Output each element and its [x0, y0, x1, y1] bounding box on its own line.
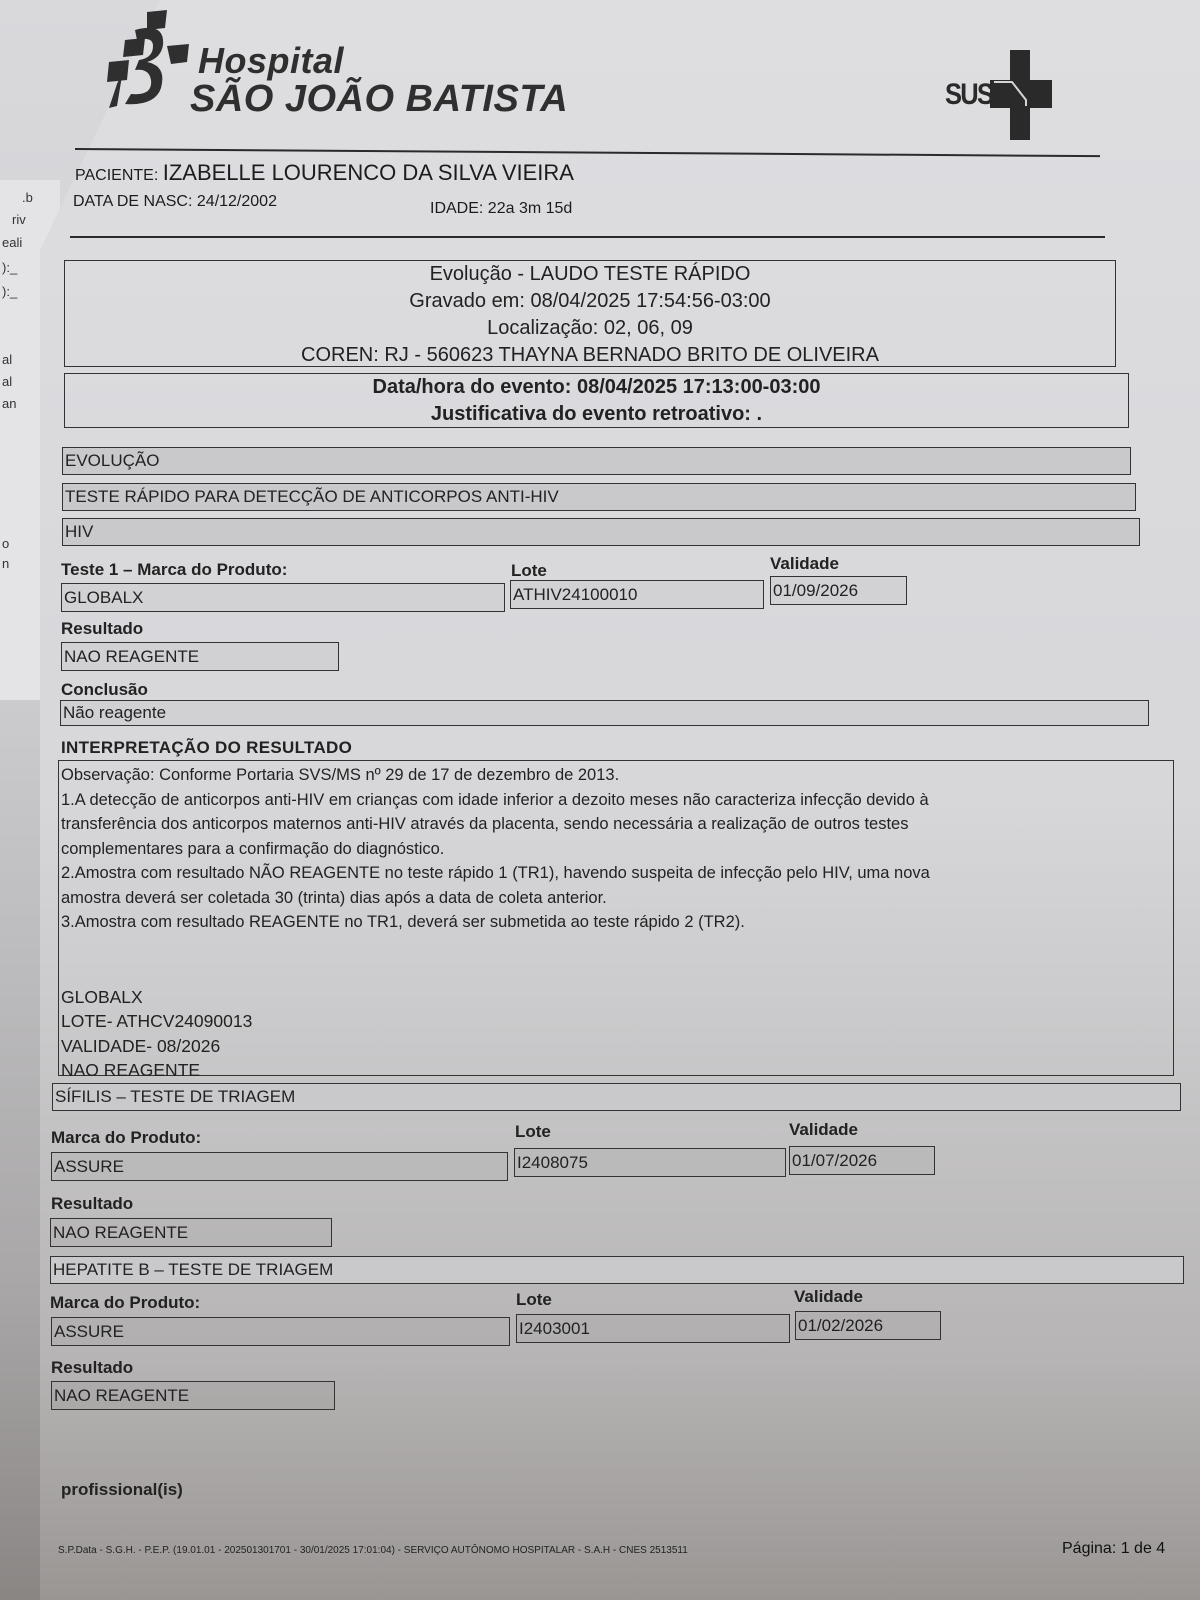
- underpage-fragment: n: [2, 556, 9, 571]
- underpage-fragment: ):_: [2, 284, 17, 299]
- hospital-name-line2: SÃO JOÃO BATISTA: [190, 78, 568, 121]
- interpretation-note: LOTE- ATHCV24090013: [61, 1009, 1171, 1034]
- interpretation-line: amostra deverá ser coletada 30 (trinta) …: [61, 886, 1171, 911]
- syphilis-result-label: Resultado: [51, 1194, 133, 1214]
- underpage-fragment: al: [2, 352, 12, 367]
- interpretation-note: VALIDADE- 08/2026: [61, 1034, 1171, 1059]
- syphilis-lot-label: Lote: [515, 1122, 551, 1142]
- sus-logo-text: SUS: [945, 78, 992, 112]
- patient-name: IZABELLE LOURENCO DA SILVA VIEIRA: [163, 160, 574, 185]
- age-label: IDADE:: [430, 200, 483, 217]
- interpretation-line: 1.A detecção de anticorpos anti-HIV em c…: [61, 788, 1171, 813]
- interpretation-line: complementares para a confirmação do dia…: [61, 837, 1171, 862]
- hiv-lot-field: ATHIV24100010: [510, 580, 764, 609]
- age-row: IDADE: 22a 3m 15d: [430, 200, 572, 218]
- section-hiv: HIV: [62, 518, 1140, 546]
- hepb-result-label: Resultado: [51, 1358, 133, 1378]
- hiv-validity-field: 01/09/2026: [770, 576, 907, 605]
- hepb-validity-label: Validade: [794, 1287, 863, 1307]
- record-title: Evolução - LAUDO TESTE RÁPIDO: [65, 261, 1115, 288]
- syphilis-validity-field: 01/07/2026: [789, 1146, 935, 1175]
- footer-system-info: S.P.Data - S.G.H. - P.E.P. (19.01.01 - 2…: [58, 1545, 688, 1556]
- hiv-validity-label: Validade: [770, 554, 839, 574]
- syphilis-validity-label: Validade: [789, 1120, 858, 1140]
- hepb-brand-field: ASSURE: [51, 1317, 510, 1346]
- event-box: Data/hora do evento: 08/04/2025 17:13:00…: [64, 373, 1129, 428]
- section-evolucao: EVOLUÇÃO: [62, 447, 1131, 475]
- underpage-fragment: riv: [12, 212, 26, 227]
- underpage-fragment: eali: [2, 235, 22, 250]
- hiv-result-label: Resultado: [61, 619, 143, 639]
- interpretation-line: Observação: Conforme Portaria SVS/MS nº …: [61, 763, 1171, 788]
- retroactive-justification: Justificativa do evento retroativo: .: [65, 401, 1128, 428]
- interpretation-line: transferência dos anticorpos maternos an…: [61, 812, 1171, 837]
- hepb-lot-field: I2403001: [516, 1314, 790, 1343]
- hospital-name-line1: Hospital: [198, 40, 344, 82]
- interpretation-line: 3.Amostra com resultado REAGENTE no TR1,…: [61, 910, 1171, 935]
- hepb-validity-field: 01/02/2026: [795, 1311, 941, 1340]
- interpretation-box: Observação: Conforme Portaria SVS/MS nº …: [58, 760, 1174, 1076]
- sus-cross-icon: [990, 50, 1055, 140]
- section-syphilis: SÍFILIS – TESTE DE TRIAGEM: [52, 1083, 1181, 1111]
- dob-row: DATA DE NASC: 24/12/2002: [73, 193, 277, 211]
- hiv-brand-field: GLOBALX: [61, 583, 505, 612]
- hiv-brand-label: Teste 1 – Marca do Produto:: [61, 560, 287, 580]
- record-header-box: Evolução - LAUDO TESTE RÁPIDO Gravado em…: [64, 260, 1116, 367]
- professionals-label: profissional(is): [61, 1480, 183, 1500]
- hiv-result-field: NAO REAGENTE: [61, 642, 339, 671]
- hepb-result-field: NAO REAGENTE: [51, 1381, 335, 1410]
- hepb-brand-label: Marca do Produto:: [50, 1293, 200, 1313]
- underpage-fragment: o: [2, 536, 9, 551]
- patient-name-row: PACIENTE: IZABELLE LOURENCO DA SILVA VIE…: [75, 160, 574, 186]
- underpage-fragment: .b: [22, 190, 33, 205]
- page-number: Página: 1 de 4: [1062, 1540, 1165, 1558]
- interpretation-note: GLOBALX: [61, 985, 1171, 1010]
- section-test-title: TESTE RÁPIDO PARA DETECÇÃO DE ANTICORPOS…: [62, 483, 1136, 511]
- hiv-conclusion-label: Conclusão: [61, 680, 148, 700]
- hiv-conclusion-field: Não reagente: [60, 700, 1149, 726]
- age-value: 22a 3m 15d: [488, 200, 573, 217]
- location: Localização: 02, 06, 09: [65, 315, 1115, 342]
- patient-label: PACIENTE:: [75, 167, 158, 184]
- hepb-lot-label: Lote: [516, 1290, 552, 1310]
- sus-logo: SUS: [945, 50, 1055, 140]
- underpage-fragment: al: [2, 374, 12, 389]
- event-datetime: Data/hora do evento: 08/04/2025 17:13:00…: [65, 374, 1128, 401]
- recorded-at: Gravado em: 08/04/2025 17:54:56-03:00: [65, 288, 1115, 315]
- syphilis-brand-label: Marca do Produto:: [51, 1128, 201, 1148]
- syphilis-lot-field: I2408075: [514, 1148, 786, 1177]
- interpretation-line: 2.Amostra com resultado NÃO REAGENTE no …: [61, 861, 1171, 886]
- underpage-fragment: ):_: [2, 260, 17, 275]
- dob-value: 24/12/2002: [197, 193, 277, 210]
- underpage-fragment: an: [2, 396, 16, 411]
- hiv-lot-label: Lote: [511, 561, 547, 581]
- dob-label: DATA DE NASC:: [73, 193, 192, 210]
- hospital-cross-b-icon: [95, 10, 190, 110]
- syphilis-result-field: NAO REAGENTE: [50, 1218, 332, 1247]
- interpretation-label: INTERPRETAÇÃO DO RESULTADO: [61, 738, 352, 758]
- syphilis-brand-field: ASSURE: [51, 1152, 508, 1181]
- section-hepatitis-b: HEPATITE B – TESTE DE TRIAGEM: [50, 1256, 1184, 1284]
- interpretation-note: NAO REAGENTE: [61, 1058, 1171, 1083]
- divider: [70, 236, 1105, 238]
- coren: COREN: RJ - 560623 THAYNA BERNADO BRITO …: [65, 342, 1115, 369]
